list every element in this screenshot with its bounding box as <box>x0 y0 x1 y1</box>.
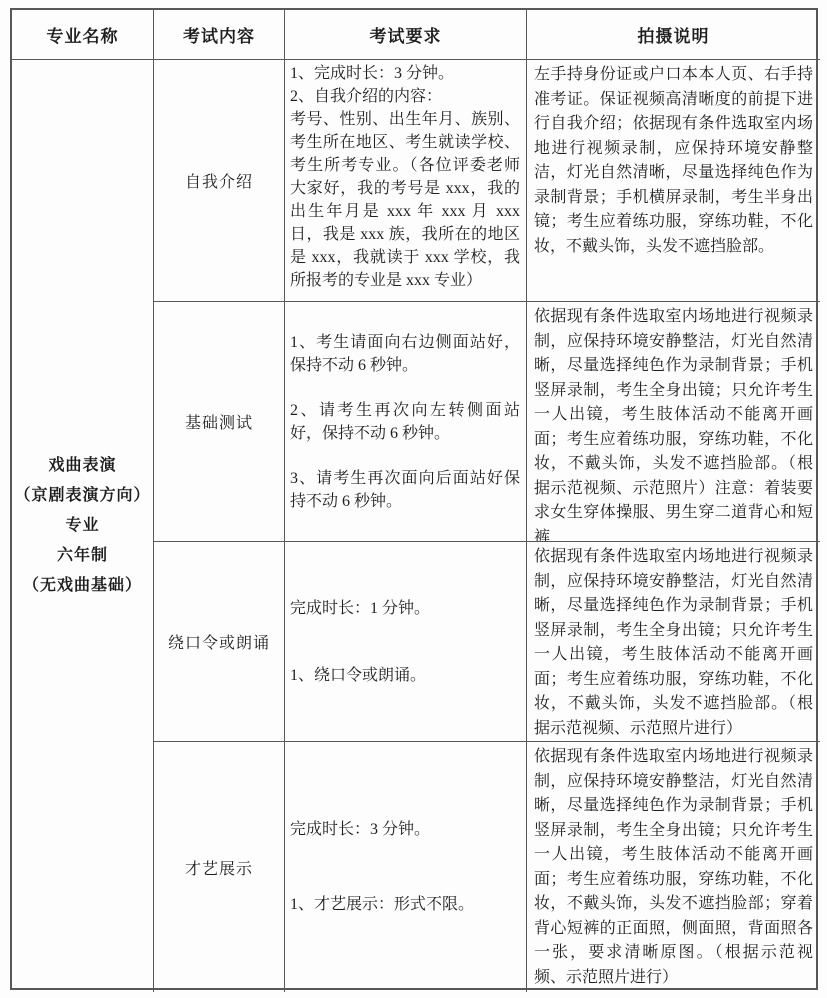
requirement-item: 1、考生请面向右边侧面站好，保持不动 6 秒钟。 <box>290 331 520 377</box>
exam-content-cell: 才艺展示 <box>154 742 285 992</box>
shooting-notes-cell: 依据现有条件选取室内场地进行视频录制，应保持环境安静整洁，灯光自然清晰，尽量选择… <box>527 542 820 742</box>
exam-requirements-table: 专业名称 考试内容 考试要求 拍摄说明 戏曲表演 （京剧表演方向） 专业 六年制… <box>10 8 818 990</box>
exam-content-cell: 自我介绍 <box>154 60 285 302</box>
major-name-cell: 戏曲表演 （京剧表演方向） 专业 六年制 （无戏曲基础） <box>12 60 154 992</box>
requirement-item: 1、才艺展示：形式不限。 <box>290 893 520 916</box>
shooting-notes-cell: 依据现有条件选取室内场地进行视频录制，应保持环境安静整洁，灯光自然清晰，尽量选择… <box>527 742 820 992</box>
exam-requirements-cell: 1、考生请面向右边侧面站好，保持不动 6 秒钟。 2、请考生再次向左转侧面站好，… <box>285 302 527 542</box>
requirement-item: 完成时长：3 分钟。 <box>290 818 520 841</box>
header-exam-requirements: 考试要求 <box>285 10 527 60</box>
shooting-notes-text: 依据现有条件选取室内场地进行视频录制，应保持环境安静整洁，灯光自然清晰，尽量选择… <box>534 305 813 542</box>
shooting-notes-text: 左手持身份证或户口本本人页、右手持准考证。保证视频高清晰度的前提下进行自我介绍；… <box>534 63 813 259</box>
exam-requirements-cell: 1、完成时长：3 分钟。 2、自我介绍的内容： 考号、性别、出生年月、族别、考生… <box>285 60 527 302</box>
header-major-name: 专业名称 <box>12 10 154 60</box>
exam-content-cell: 基础测试 <box>154 302 285 542</box>
header-exam-content: 考试内容 <box>154 10 285 60</box>
exam-requirements-cell: 完成时长：1 分钟。 1、绕口令或朗诵。 <box>285 542 527 742</box>
shooting-notes-cell: 依据现有条件选取室内场地进行视频录制，应保持环境安静整洁，灯光自然清晰，尽量选择… <box>527 302 820 542</box>
requirement-item: 3、请考生再次面向后面站好保持不动 6 秒钟。 <box>290 467 520 513</box>
requirement-item: 2、自我介绍的内容： <box>290 85 520 108</box>
requirement-item: 1、绕口令或朗诵。 <box>290 664 520 687</box>
requirement-item: 完成时长：1 分钟。 <box>290 597 520 620</box>
requirement-item: 2、请考生再次向左转侧面站好，保持不动 6 秒钟。 <box>290 399 520 445</box>
requirement-item: 1、完成时长：3 分钟。 <box>290 62 520 85</box>
exam-requirements-cell: 完成时长：3 分钟。 1、才艺展示：形式不限。 <box>285 742 527 992</box>
shooting-notes-text: 依据现有条件选取室内场地进行视频录制，应保持环境安静整洁，灯光自然清晰，尽量选择… <box>534 745 813 990</box>
shooting-notes-text: 依据现有条件选取室内场地进行视频录制，应保持环境安静整洁，灯光自然清晰，尽量选择… <box>534 545 813 741</box>
header-shooting-notes: 拍摄说明 <box>527 10 820 60</box>
shooting-notes-cell: 左手持身份证或户口本本人页、右手持准考证。保证视频高清晰度的前提下进行自我介绍；… <box>527 60 820 302</box>
requirement-item: 考号、性别、出生年月、族别、考生所在地区、考生就读学校、考生所考专业。（各位评委… <box>290 108 520 292</box>
exam-content-cell: 绕口令或朗诵 <box>154 542 285 742</box>
